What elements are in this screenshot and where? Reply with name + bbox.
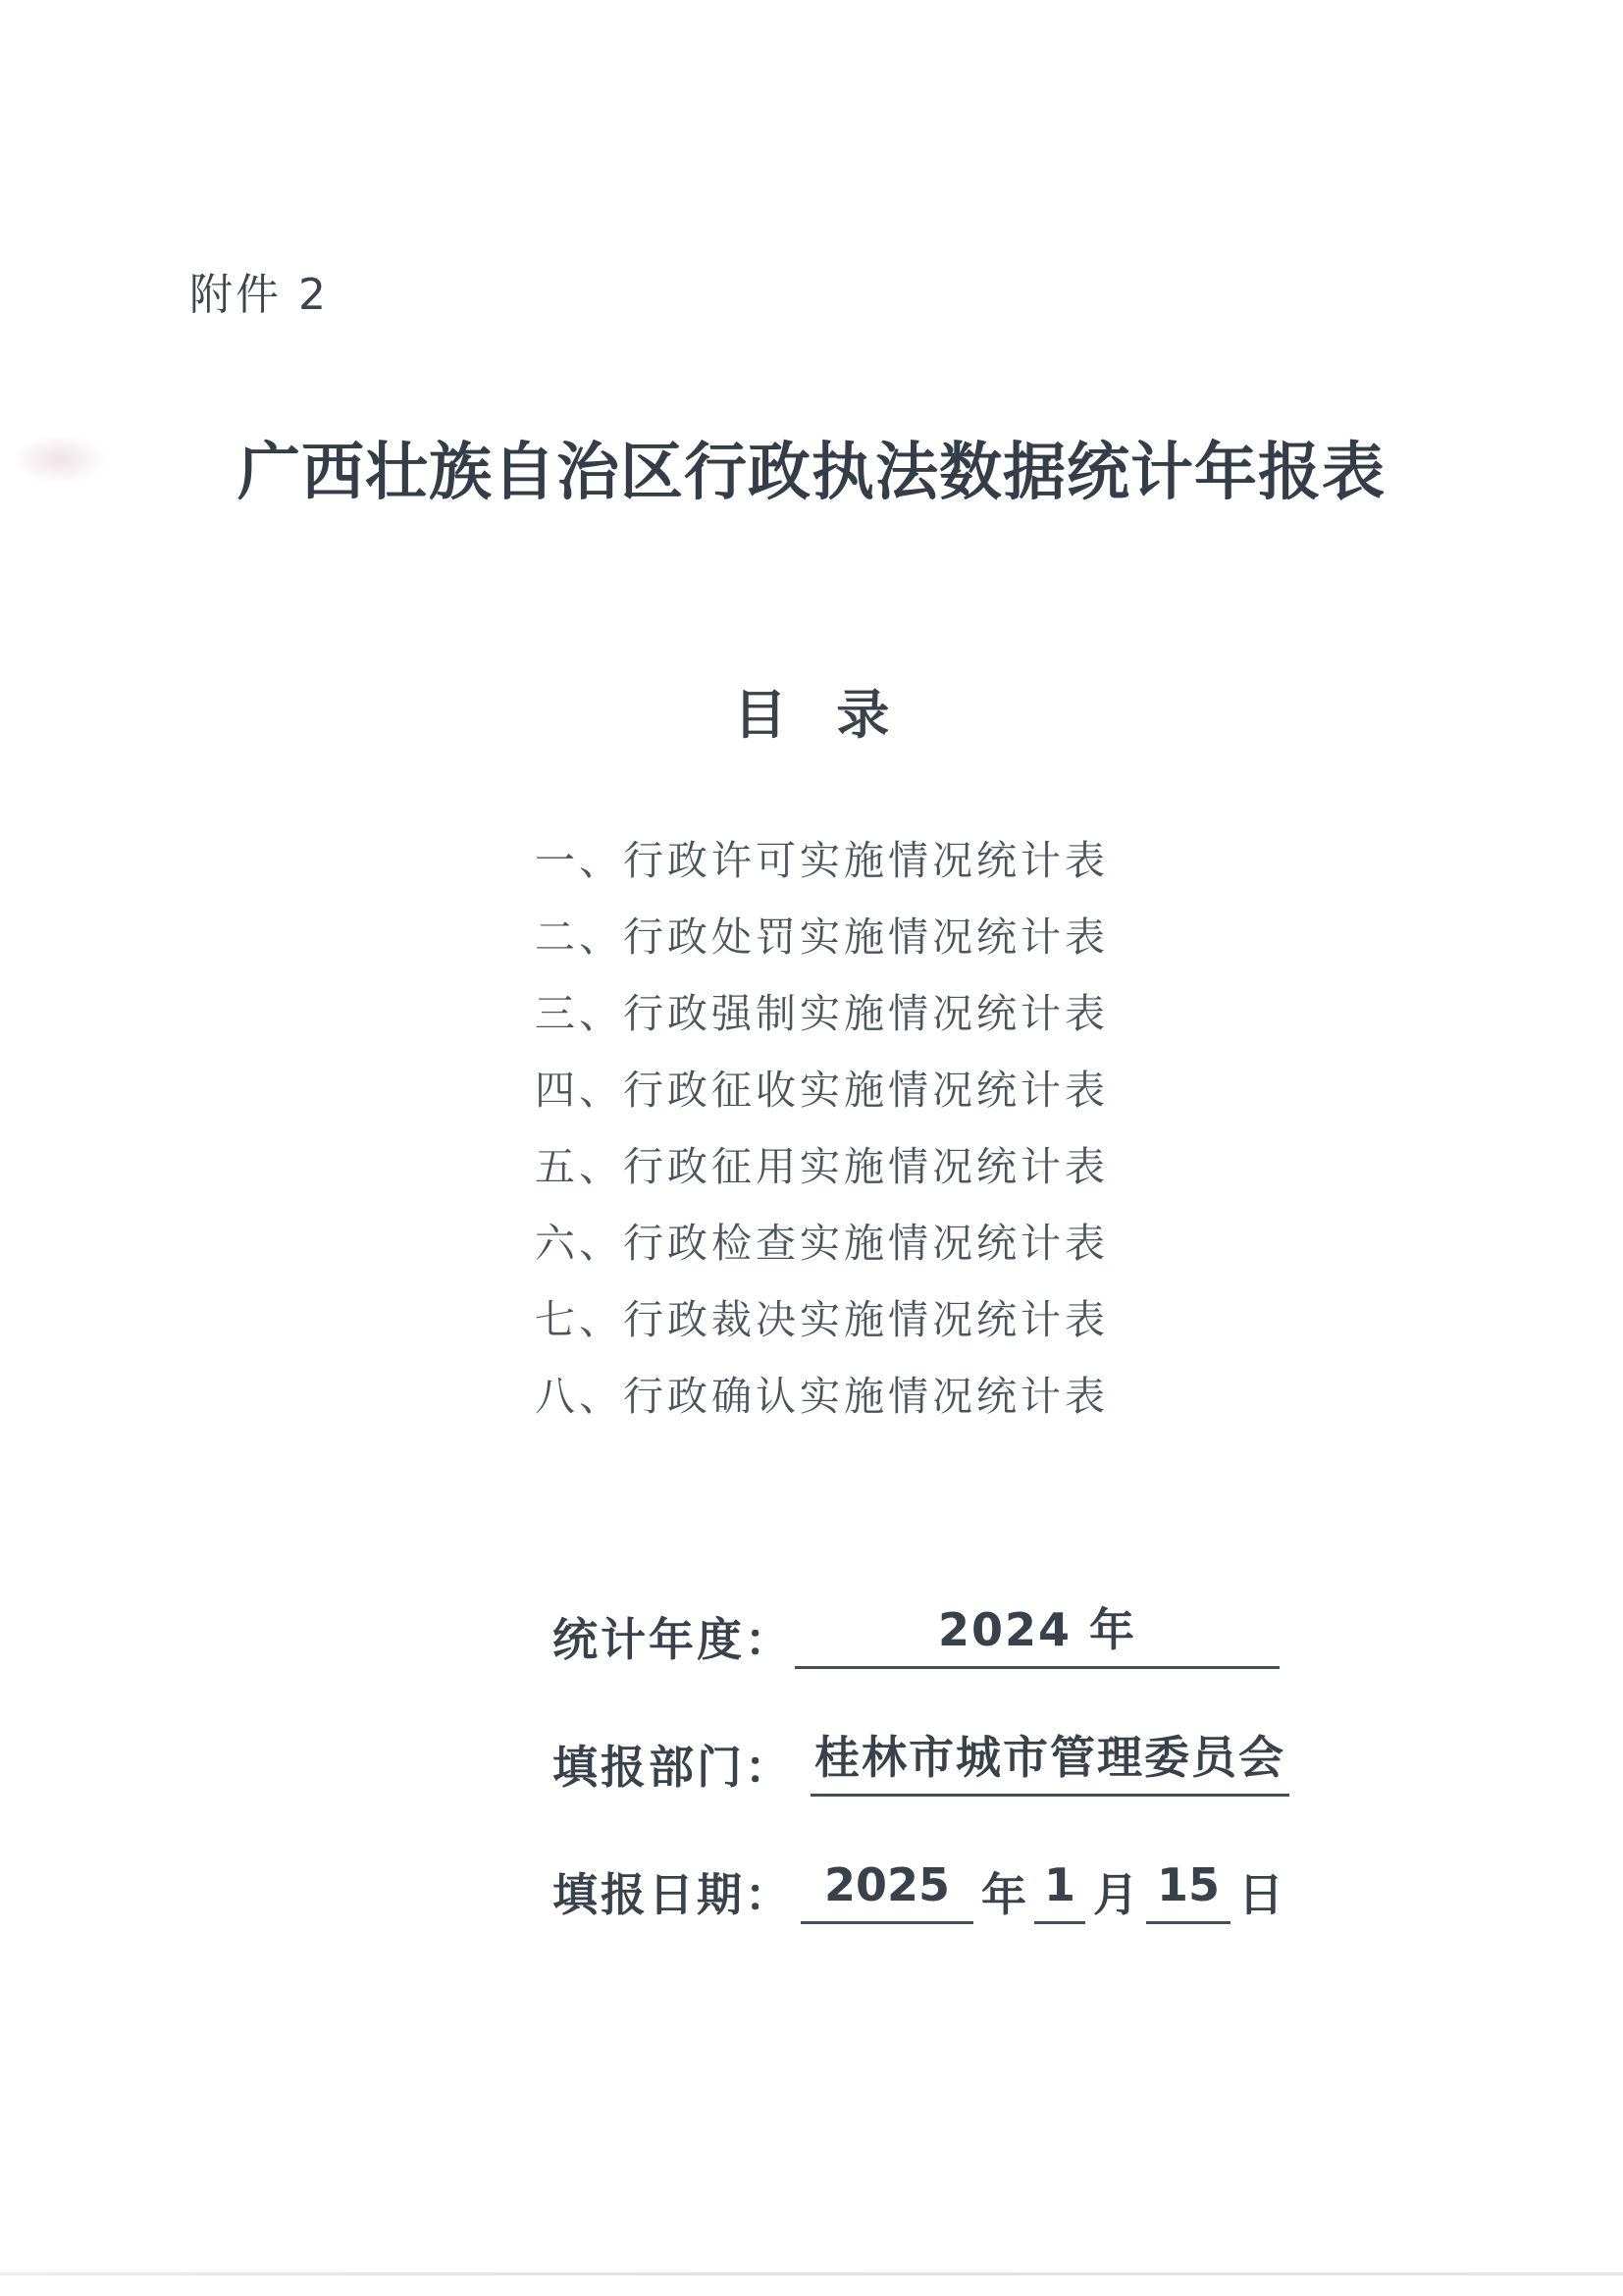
report-date-row: 填报日期： 2025 年 1 月 15 日	[552, 1856, 1283, 1924]
report-date-month-unit: 月	[1093, 1865, 1138, 1924]
statistics-year-row: 统计年度： 2024 年	[552, 1601, 1280, 1669]
toc-item-administrative-inspection: 六、行政检查实施情况统计表	[535, 1205, 1109, 1281]
toc-list: 一、行政许可实施情况统计表 二、行政处罚实施情况统计表 三、行政强制实施情况统计…	[535, 822, 1109, 1435]
statistics-year-value: 2024 年	[795, 1601, 1280, 1669]
report-date-month-value: 1	[1034, 1856, 1085, 1924]
report-date-year-unit: 年	[981, 1865, 1026, 1924]
document-title: 广西壮族自治区行政执法数据统计年报表	[0, 422, 1623, 512]
toc-item-administrative-expropriation: 四、行政征收实施情况统计表	[535, 1052, 1109, 1128]
attachment-label: 附件 2	[189, 259, 329, 322]
report-date-day-unit: 日	[1238, 1865, 1283, 1924]
reporting-department-label: 填报部门：	[552, 1738, 793, 1797]
toc-item-administrative-coercion: 三、行政强制实施情况统计表	[535, 975, 1109, 1052]
toc-item-administrative-adjudication: 七、行政裁决实施情况统计表	[535, 1281, 1109, 1358]
statistics-year-label: 统计年度：	[552, 1610, 793, 1669]
reporting-department-value: 桂林市城市管理委员会	[811, 1729, 1289, 1797]
toc-heading: 目 录	[0, 673, 1623, 749]
report-date-label: 填报日期：	[552, 1865, 793, 1924]
toc-item-administrative-punishment: 二、行政处罚实施情况统计表	[535, 899, 1109, 975]
report-date-year-value: 2025	[801, 1856, 973, 1924]
toc-item-administrative-license: 一、行政许可实施情况统计表	[535, 822, 1109, 899]
toc-item-administrative-requisition: 五、行政征用实施情况统计表	[535, 1128, 1109, 1205]
toc-item-administrative-confirmation: 八、行政确认实施情况统计表	[535, 1358, 1109, 1435]
reporting-department-row: 填报部门： 桂林市城市管理委员会	[552, 1729, 1289, 1797]
report-date-day-value: 15	[1146, 1856, 1230, 1924]
scanned-document-page: 附件 2 广西壮族自治区行政执法数据统计年报表 目 录 一、行政许可实施情况统计…	[0, 0, 1623, 2296]
scan-edge-line-artifact	[0, 2272, 1623, 2275]
